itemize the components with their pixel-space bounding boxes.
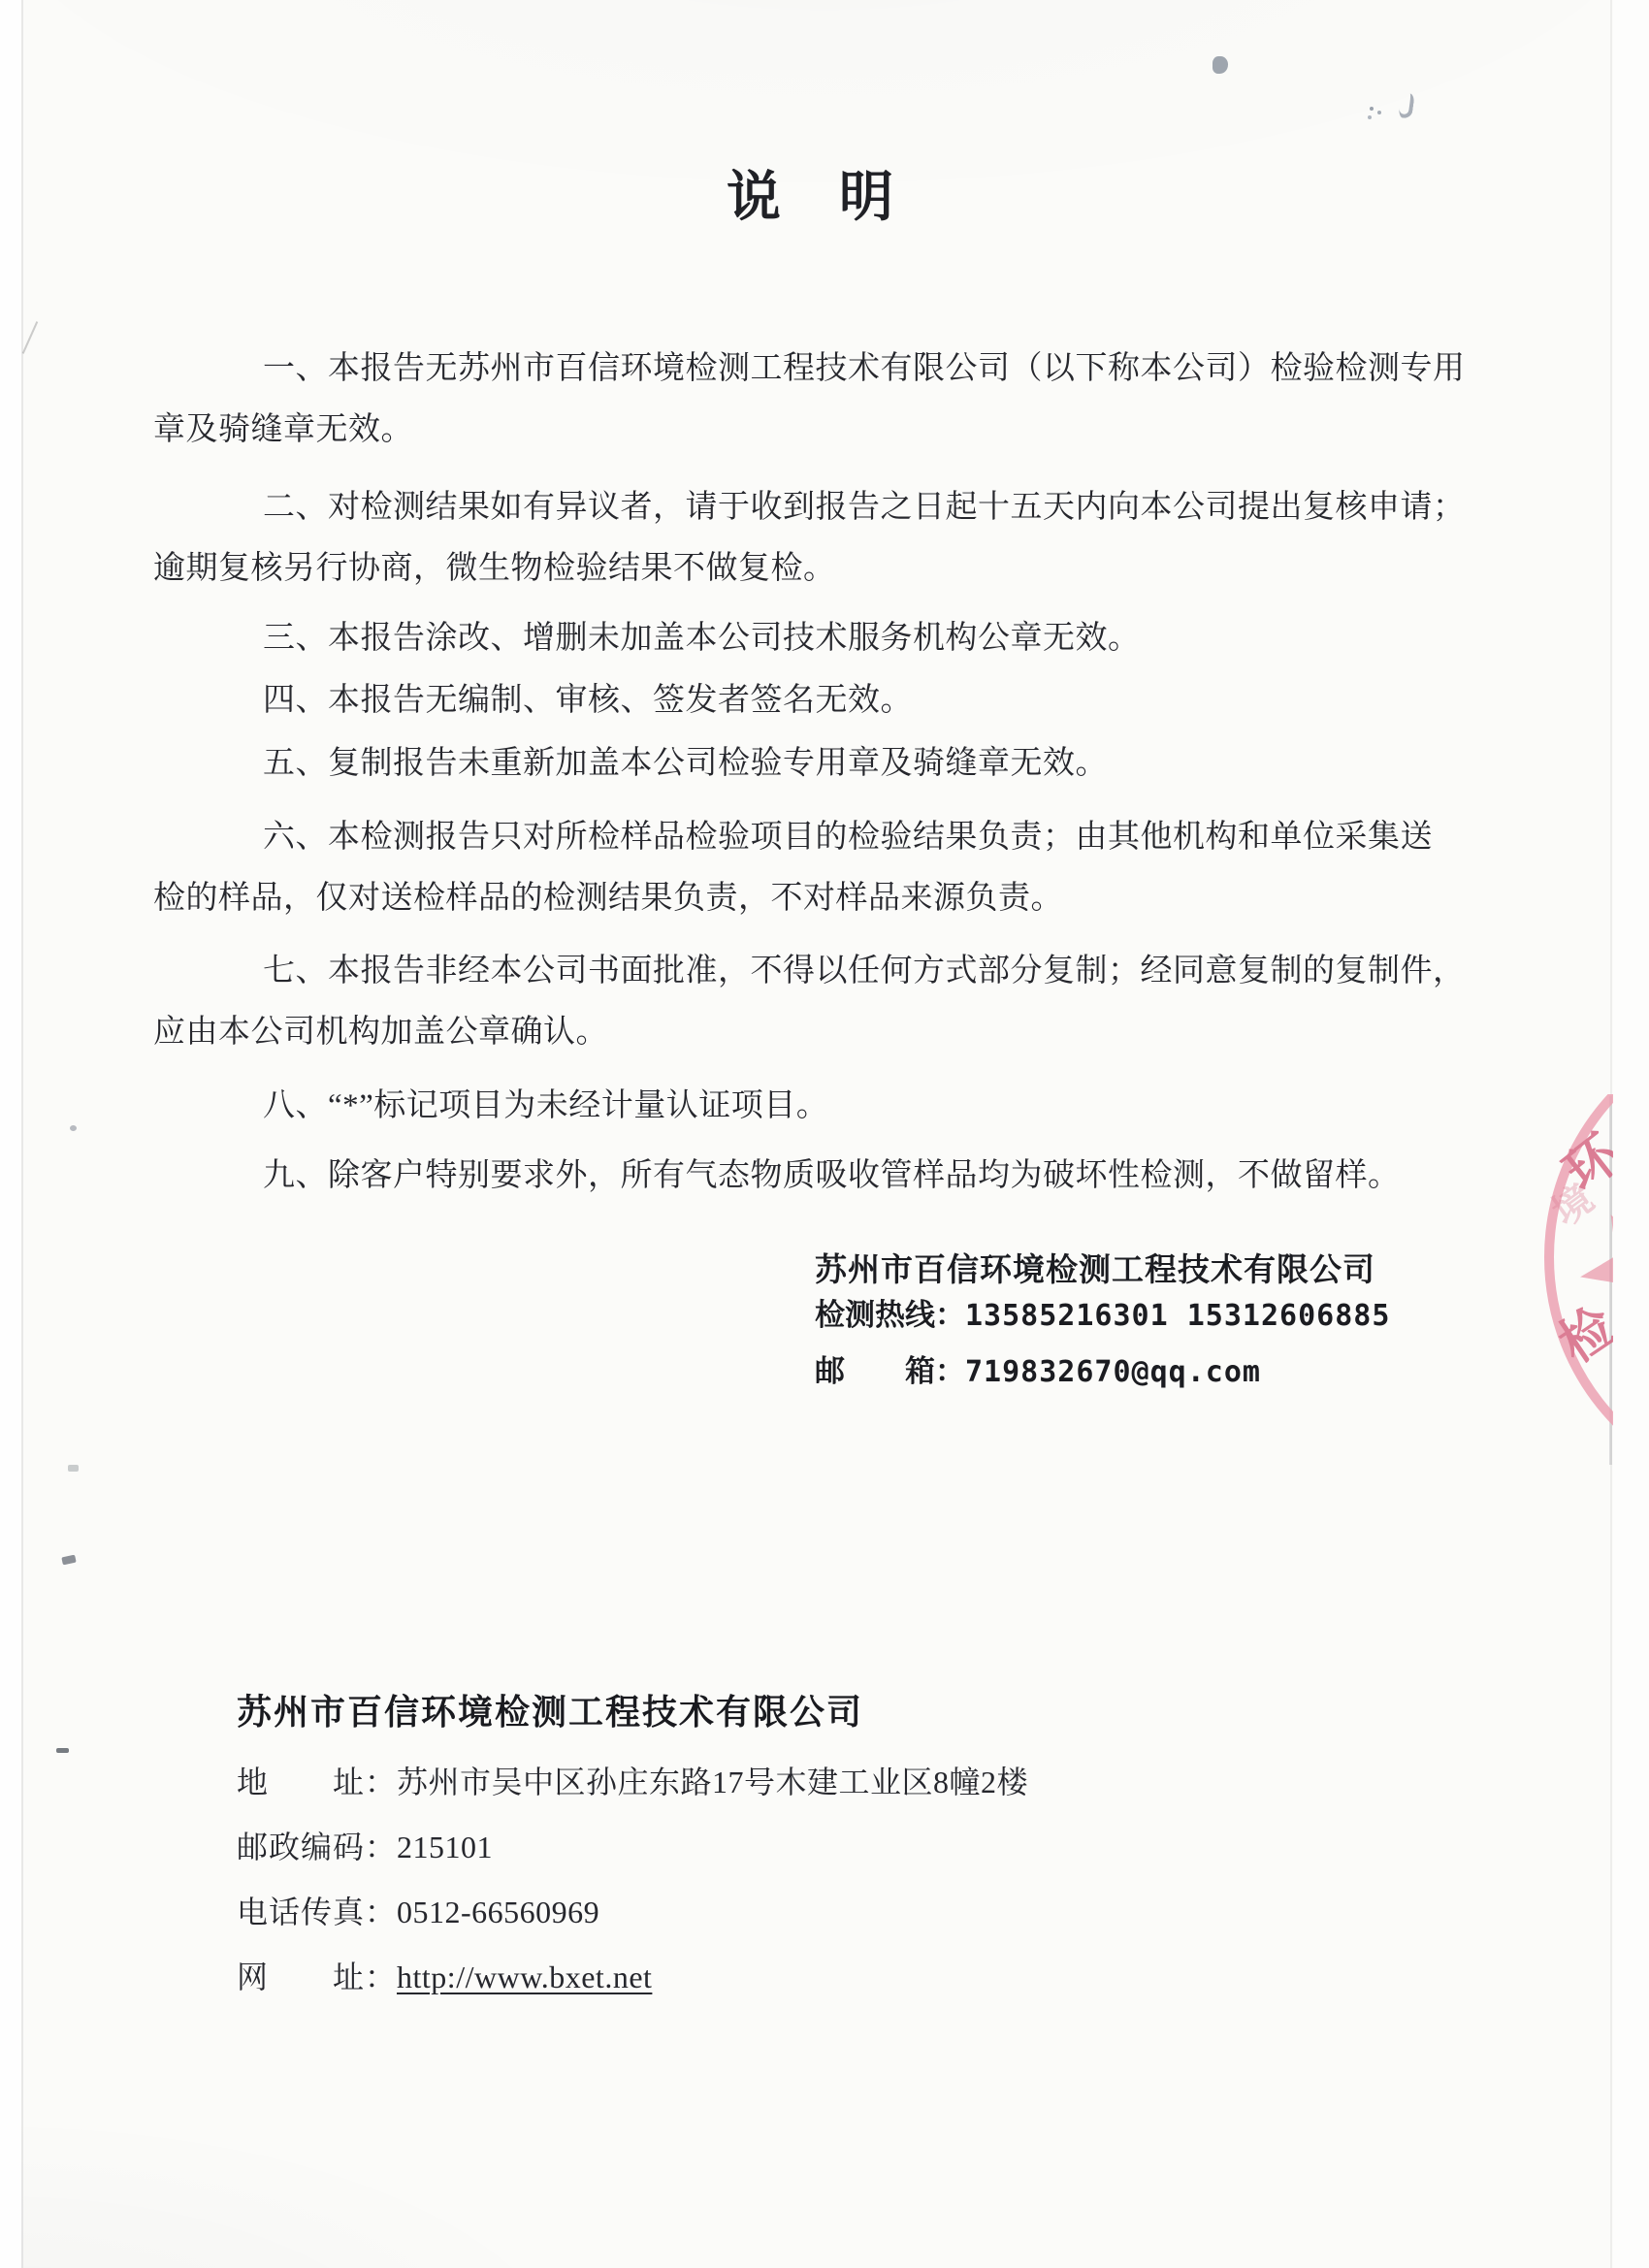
footer-rows: 地 址：苏州市吴中区孙庄东路17号木建工业区8幢2楼 邮政编码：215101 电… — [237, 1750, 1028, 2010]
note-paragraph-8: 八、“*”标记项目为未经计量认证项目。 — [153, 1076, 1492, 1137]
note-line: 章及骑缝章无效。 — [153, 400, 1492, 461]
signature-hotline-row: 检测热线：13585216301 15312606885 — [815, 1290, 1390, 1346]
note-line: 检的样品，仅对送检样品的检测结果负责，不对样品来源负责。 — [153, 868, 1492, 929]
email-address: 719832670@qq.com — [965, 1355, 1261, 1389]
footer-contact-block: 苏州市百信环境检测工程技术有限公司 地 址：苏州市吴中区孙庄东路17号木建工业区… — [237, 1690, 1028, 2010]
paper-crease-mark — [22, 321, 38, 354]
footer-phone-row: 电话传真：0512-66560969 — [237, 1880, 1028, 1945]
postcode-value: 215101 — [397, 1830, 493, 1864]
signature-email-row: 邮 箱：719832670@qq.com — [815, 1346, 1390, 1403]
page-title: 说 明 — [0, 163, 1622, 233]
paper-edge-left — [21, 0, 23, 2268]
note-paragraph-6: 六、本检测报告只对所检样品检验项目的检验结果负责；由其他机构和单位采集送 检的样… — [153, 807, 1492, 929]
footer-postcode-row: 邮政编码：215101 — [237, 1815, 1028, 1880]
phone-value: 0512-66560969 — [397, 1895, 599, 1929]
note-line: 五、复制报告未重新加盖本公司检验专用章及骑缝章无效。 — [153, 733, 1492, 794]
note-line: 一、本报告无苏州市百信环境检测工程技术有限公司（以下称本公司）检验检测专用 — [153, 339, 1492, 400]
note-paragraph-5: 五、复制报告未重新加盖本公司检验专用章及骑缝章无效。 — [153, 733, 1492, 794]
website-url: http://www.bxet.net — [397, 1960, 652, 1994]
note-line: 二、对检测结果如有异议者，请于收到报告之日起十五天内向本公司提出复核申请； — [153, 477, 1492, 538]
note-paragraph-4: 四、本报告无编制、审核、签发者签名无效。 — [153, 670, 1492, 731]
scan-speck — [70, 1125, 77, 1131]
address-value: 苏州市吴中区孙庄东路17号木建工业区8幢2楼 — [397, 1765, 1028, 1799]
postcode-label: 邮政编码： — [237, 1830, 397, 1864]
scanner-background-right — [1613, 0, 1649, 2268]
footer-address-row: 地 址：苏州市吴中区孙庄东路17号木建工业区8幢2楼 — [237, 1750, 1028, 1815]
scanner-background-left — [0, 0, 21, 2268]
note-line: 四、本报告无编制、审核、签发者签名无效。 — [153, 670, 1492, 731]
hotline-numbers: 13585216301 15312606885 — [965, 1299, 1390, 1333]
note-paragraph-3: 三、本报告涂改、增删未加盖本公司技术服务机构公章无效。 — [153, 608, 1492, 669]
footer-website-row: 网 址：http://www.bxet.net — [237, 1945, 1028, 2010]
footer-company-name: 苏州市百信环境检测工程技术有限公司 — [237, 1690, 1028, 1734]
note-line: 逾期复核另行协商，微生物检验结果不做复检。 — [153, 538, 1492, 599]
notes-body: 一、本报告无苏州市百信环境检测工程技术有限公司（以下称本公司）检验检测专用 章及… — [153, 339, 1492, 1207]
note-line: 三、本报告涂改、增删未加盖本公司技术服务机构公章无效。 — [153, 608, 1492, 669]
note-line: 八、“*”标记项目为未经计量认证项目。 — [153, 1076, 1492, 1137]
note-paragraph-9: 九、除客户特别要求外，所有气态物质吸收管样品均为破坏性检测，不做留样。 — [153, 1146, 1492, 1207]
phone-label: 电话传真： — [237, 1895, 397, 1929]
hotline-label: 检测热线： — [815, 1298, 965, 1332]
scanned-document-page: 说 明 一、本报告无苏州市百信环境检测工程技术有限公司（以下称本公司）检验检测专… — [0, 0, 1649, 2268]
red-seal-fragment: 环 境 检 — [1525, 1094, 1613, 1428]
note-paragraph-7: 七、本报告非经本公司书面批准，不得以任何方式部分复制；经同意复制的复制件， 应由… — [153, 941, 1492, 1063]
note-paragraph-1: 一、本报告无苏州市百信环境检测工程技术有限公司（以下称本公司）检验检测专用 章及… — [153, 339, 1492, 461]
signature-block: 苏州市百信环境检测工程技术有限公司 检测热线：13585216301 15312… — [815, 1249, 1390, 1403]
scan-speck — [56, 1748, 69, 1753]
scan-speck — [61, 1555, 76, 1566]
note-line: 七、本报告非经本公司书面批准，不得以任何方式部分复制；经同意复制的复制件， — [153, 941, 1492, 1002]
scan-speck — [68, 1465, 79, 1472]
scan-speck — [1212, 56, 1228, 74]
note-line: 九、除客户特别要求外，所有气态物质吸收管样品均为破坏性检测，不做留样。 — [153, 1146, 1492, 1207]
website-label: 网 址： — [237, 1960, 397, 1994]
signature-company-name: 苏州市百信环境检测工程技术有限公司 — [815, 1249, 1390, 1290]
note-line: 六、本检测报告只对所检样品检验项目的检验结果负责；由其他机构和单位采集送 — [153, 807, 1492, 868]
scan-speck — [1370, 107, 1374, 111]
address-label: 地 址： — [237, 1765, 397, 1799]
email-label: 邮 箱： — [815, 1354, 965, 1388]
scan-speck — [1398, 92, 1414, 119]
note-line: 应由本公司机构加盖公章确认。 — [153, 1002, 1492, 1063]
note-paragraph-2: 二、对检测结果如有异议者，请于收到报告之日起十五天内向本公司提出复核申请； 逾期… — [153, 477, 1492, 599]
